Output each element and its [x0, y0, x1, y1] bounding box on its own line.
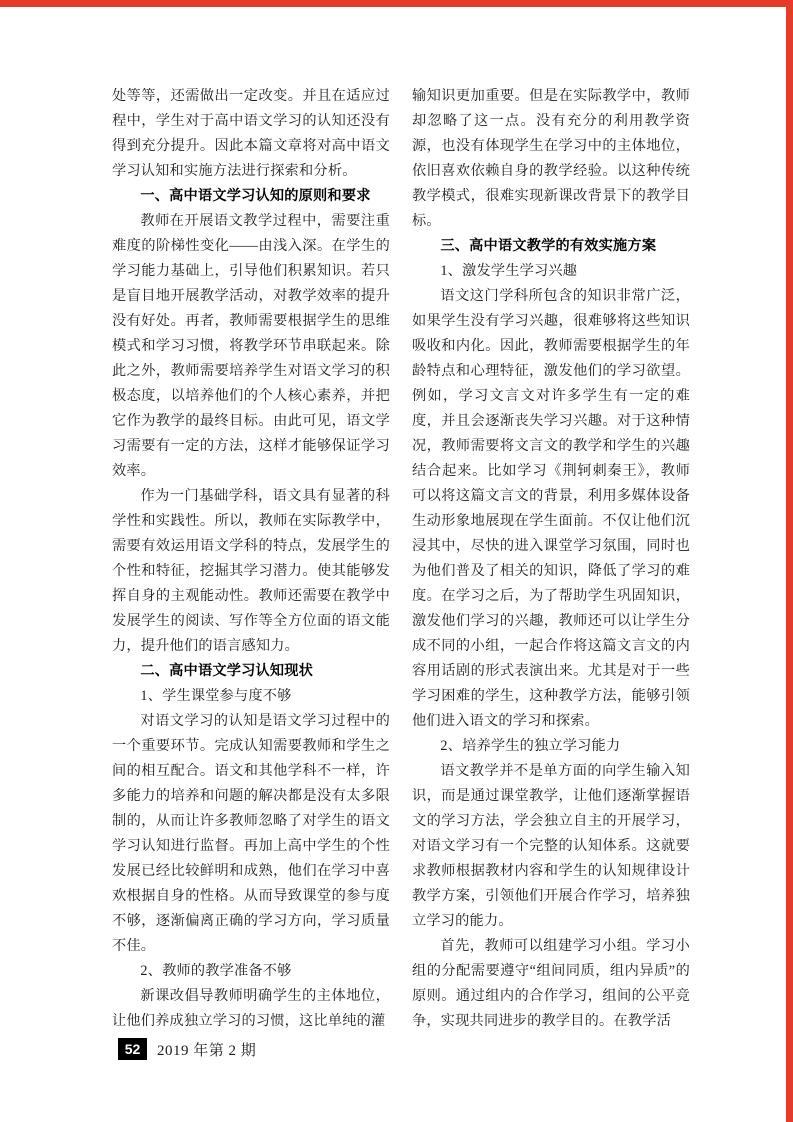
section-heading: 二、高中语文学习认知现状	[112, 659, 390, 684]
red-right-border	[786, 0, 793, 1122]
subsection-heading: 1、学生课堂参与度不够	[112, 684, 390, 709]
footer: 52 2019 年第 2 期	[118, 1038, 256, 1060]
subsection-heading: 2、教师的教学准备不够	[112, 959, 390, 984]
paragraph: 作为一门基础学科，语文具有显著的科学性和实践性。所以，教师在实际教学中，需要有效…	[112, 484, 390, 659]
article-right-column: 输知识更加重要。但是在实际教学中，教师却忽略了这一点。没有充分的利用教学资源，也…	[412, 84, 690, 1042]
paragraph-continued: 输知识更加重要。但是在实际教学中，教师却忽略了这一点。没有充分的利用教学资源，也…	[412, 84, 690, 234]
paragraph: 对语文学习的认知是语文学习过程中的一个重要环节。完成认知需要教师和学生之间的相互…	[112, 709, 390, 959]
page-number-badge: 52	[118, 1038, 147, 1060]
paragraph: 语文这门学科所包含的知识非常广泛，如果学生没有学习兴趣，很难够将这些知识吸收和内…	[412, 284, 690, 734]
paragraph: 首先，教师可以组建学习小组。学习小组的分配需要遵守“组间同质，组内异质”的原则。…	[412, 934, 690, 1034]
subsection-heading: 1、激发学生学习兴趣	[412, 259, 690, 284]
paragraph: 教师在开展语文教学过程中，需要注重难度的阶梯性变化——由浅入深。在学生的学习能力…	[112, 209, 390, 484]
article-left-column: 处等等，还需做出一定改变。并且在适应过程中，学生对于高中语文学习的认知还没有得到…	[112, 84, 390, 1042]
paragraph: 新课改倡导教师明确学生的主体地位，让他们养成独立学习的习惯，这比单纯的灌	[112, 984, 390, 1034]
issue-label: 2019 年第 2 期	[157, 1039, 256, 1060]
article-body: 处等等，还需做出一定改变。并且在适应过程中，学生对于高中语文学习的认知还没有得到…	[112, 84, 690, 1042]
section-heading: 三、高中语文教学的有效实施方案	[412, 234, 690, 259]
red-top-border	[0, 0, 793, 7]
subsection-heading: 2、培养学生的独立学习能力	[412, 734, 690, 759]
section-heading: 一、高中语文学习认知的原则和要求	[112, 184, 390, 209]
paragraph: 语文教学并不是单方面的向学生输入知识，而是通过课堂教学，让他们逐渐掌握语文的学习…	[412, 759, 690, 934]
paragraph-continued: 处等等，还需做出一定改变。并且在适应过程中，学生对于高中语文学习的认知还没有得到…	[112, 84, 390, 184]
